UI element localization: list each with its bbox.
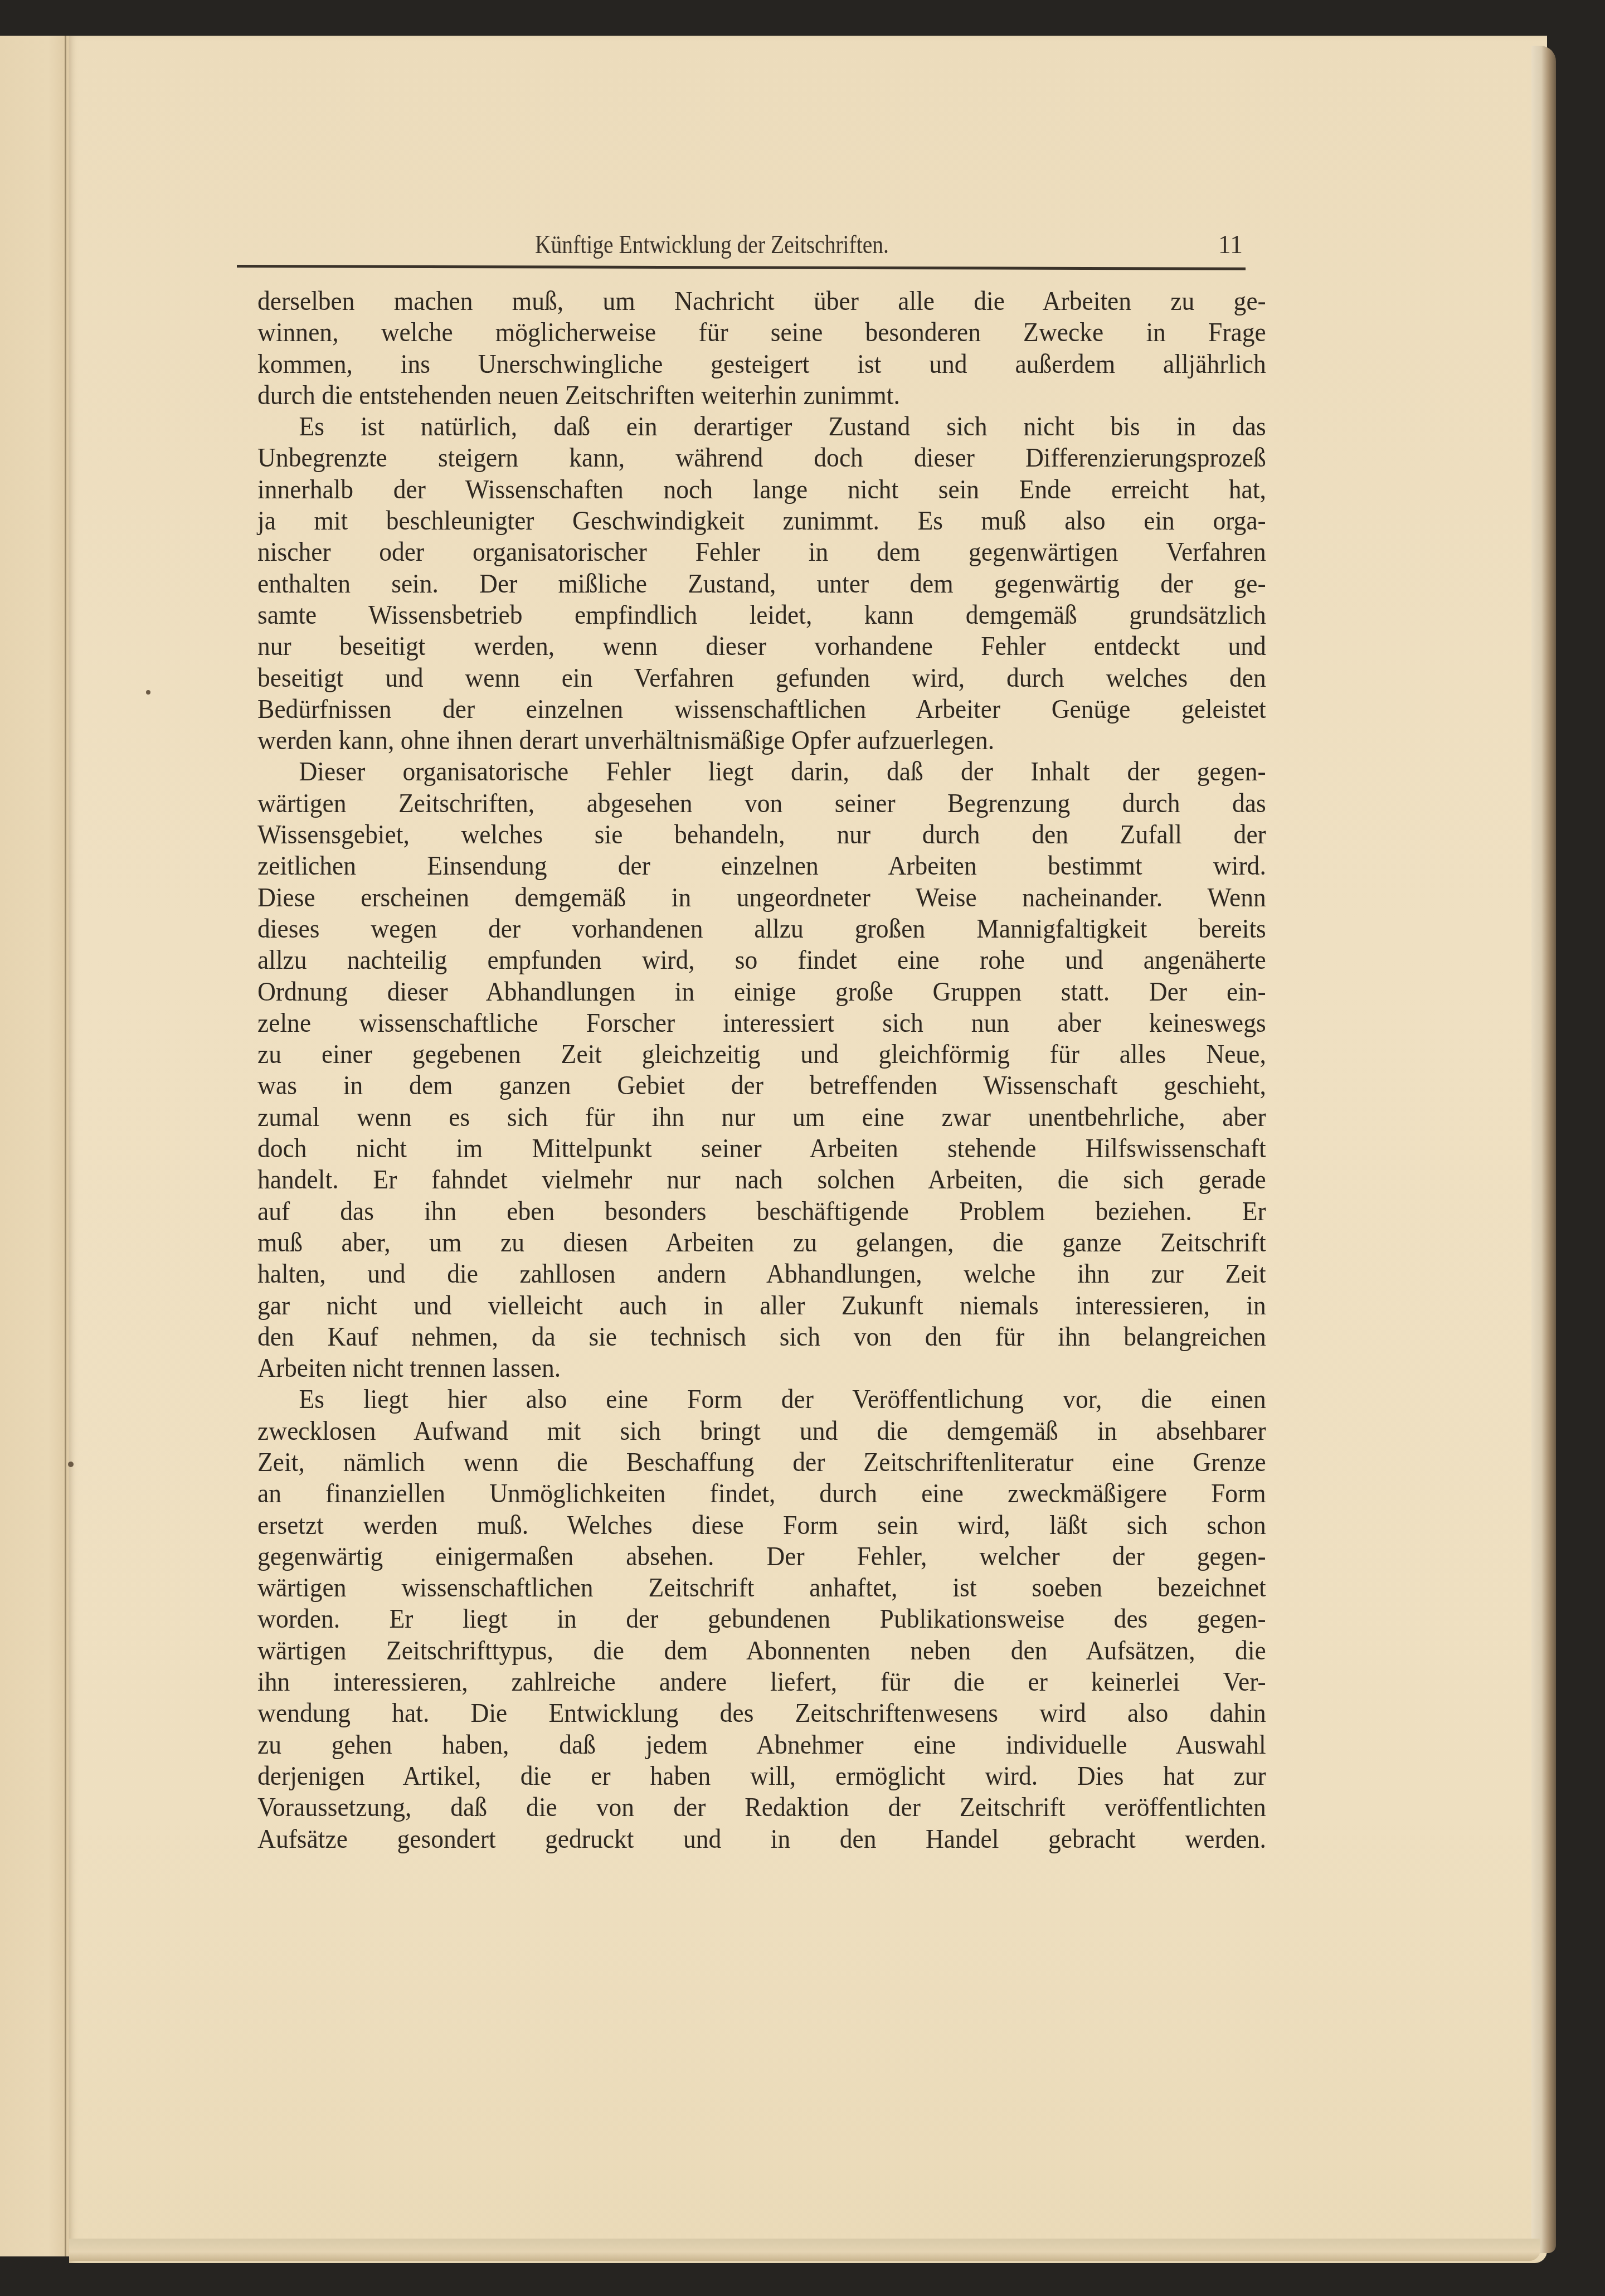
text-line: wärtigen wissenschaftlichen Zeitschrift … [257, 1572, 1266, 1603]
text-line: auf das ihn eben besonders beschäftigend… [257, 1196, 1266, 1227]
paper-speck [571, 965, 574, 968]
text-line: zwecklosen Aufwand mit sich bringt und d… [257, 1415, 1266, 1446]
text-line: allzu nachteilig empfunden wird, so find… [257, 944, 1266, 975]
text-line: wärtigen Zeitschriften, abgesehen von se… [257, 788, 1266, 819]
text-line: Bedürfnissen der einzelnen wissenschaftl… [257, 693, 1266, 725]
text-line: halten, und die zahllosen andern Abhandl… [257, 1258, 1266, 1289]
text-line: ersetzt werden muß. Welches diese Form s… [257, 1509, 1266, 1541]
text-line: zu einer gegebenen Zeit gleichzeitig und… [257, 1038, 1266, 1070]
page-number: 11 [1218, 230, 1243, 259]
text-line: nischer oder organisatorischer Fehler in… [257, 536, 1266, 567]
text-line: gar nicht und vielleicht auch in aller Z… [257, 1290, 1266, 1321]
text-line: muß aber, um zu diesen Arbeiten zu gelan… [257, 1227, 1266, 1258]
text-line: Zeit, nämlich wenn die Beschaffung der Z… [257, 1446, 1266, 1478]
running-head: Künftige Entwicklung der Zeitschriften. … [234, 223, 1243, 268]
text-line: wärtigen Zeitschrifttypus, die dem Abonn… [257, 1635, 1266, 1666]
text-line: Es liegt hier also eine Form der Veröffe… [257, 1384, 1266, 1415]
text-line: wendung hat. Die Entwicklung des Zeitsch… [257, 1697, 1266, 1729]
text-line: Dieser organisatorische Fehler liegt dar… [257, 756, 1266, 787]
body-text: derselben machen muß, um Nachricht über … [257, 285, 1266, 1855]
text-line: Voraussetzung, daß die von der Redaktion… [257, 1792, 1266, 1823]
text-line: doch nicht im Mittelpunkt seiner Arbeite… [257, 1133, 1266, 1164]
text-line: zu gehen haben, daß jedem Abnehmer eine … [257, 1729, 1266, 1760]
text-line: worden. Er liegt in der gebundenen Publi… [257, 1603, 1266, 1634]
text-line: was in dem ganzen Gebiet der betreffende… [257, 1070, 1266, 1101]
text-line: den Kauf nehmen, da sie technisch sich v… [257, 1321, 1266, 1352]
text-line: Ordnung dieser Abhandlungen in einige gr… [257, 976, 1266, 1007]
text-line: Wissensgebiet, welches sie behandeln, nu… [257, 819, 1266, 850]
text-line: kommen, ins Unerschwingliche gesteigert … [257, 348, 1266, 380]
page-fore-edge [1531, 46, 1556, 2253]
binding-gutter [65, 36, 66, 2256]
text-line: ja mit beschleunigter Geschwindigkeit zu… [257, 505, 1266, 536]
text-line: Arbeiten nicht trennen lassen. [257, 1352, 1266, 1384]
text-line: Diese erscheinen demgemäß in ungeordnete… [257, 882, 1266, 913]
text-line: zumal wenn es sich für ihn nur um eine z… [257, 1101, 1266, 1133]
facing-page-edge [0, 36, 69, 2256]
text-line: derjenigen Artikel, die er haben will, e… [257, 1760, 1266, 1792]
text-line: Aufsätze gesondert gedruckt und in den H… [257, 1823, 1266, 1855]
text-line: werden kann, ohne ihnen derart unverhält… [257, 725, 1266, 756]
page-bottom-edge [69, 2239, 1540, 2261]
text-line: Unbegrenzte steigern kann, während doch … [257, 442, 1266, 473]
text-line: derselben machen muß, um Nachricht über … [257, 285, 1266, 317]
paper-speck [146, 690, 150, 695]
text-line: innerhalb der Wissenschaften noch lange … [257, 474, 1266, 505]
text-line: enthalten sein. Der mißliche Zustand, un… [257, 568, 1266, 599]
text-line: beseitigt und wenn ein Verfahren gefunde… [257, 662, 1266, 693]
text-line: Es ist natürlich, daß ein derartiger Zus… [257, 411, 1266, 442]
text-line: zelne wissenschaftliche Forscher interes… [257, 1007, 1266, 1038]
running-head-title: Künftige Entwicklung der Zeitschriften. [535, 230, 889, 259]
text-line: an finanziellen Unmöglichkeiten findet, … [257, 1478, 1266, 1509]
text-line: dieses wegen der vorhandenen allzu große… [257, 913, 1266, 944]
text-line: nur beseitigt werden, wenn dieser vorhan… [257, 630, 1266, 662]
text-line: winnen, welche möglicherweise für seine … [257, 317, 1266, 348]
text-line: samte Wissensbetrieb empfindlich leidet,… [257, 599, 1266, 630]
text-line: ihn interessieren, zahlreiche andere lie… [257, 1666, 1266, 1697]
text-line: zeitlichen Einsendung der einzelnen Arbe… [257, 850, 1266, 881]
paper-speck [68, 1462, 74, 1467]
text-line: handelt. Er fahndet vielmehr nur nach so… [257, 1164, 1266, 1195]
text-line: gegenwärtig einigermaßen absehen. Der Fe… [257, 1541, 1266, 1572]
text-line: durch die entstehenden neuen Zeitschrift… [257, 380, 1266, 411]
